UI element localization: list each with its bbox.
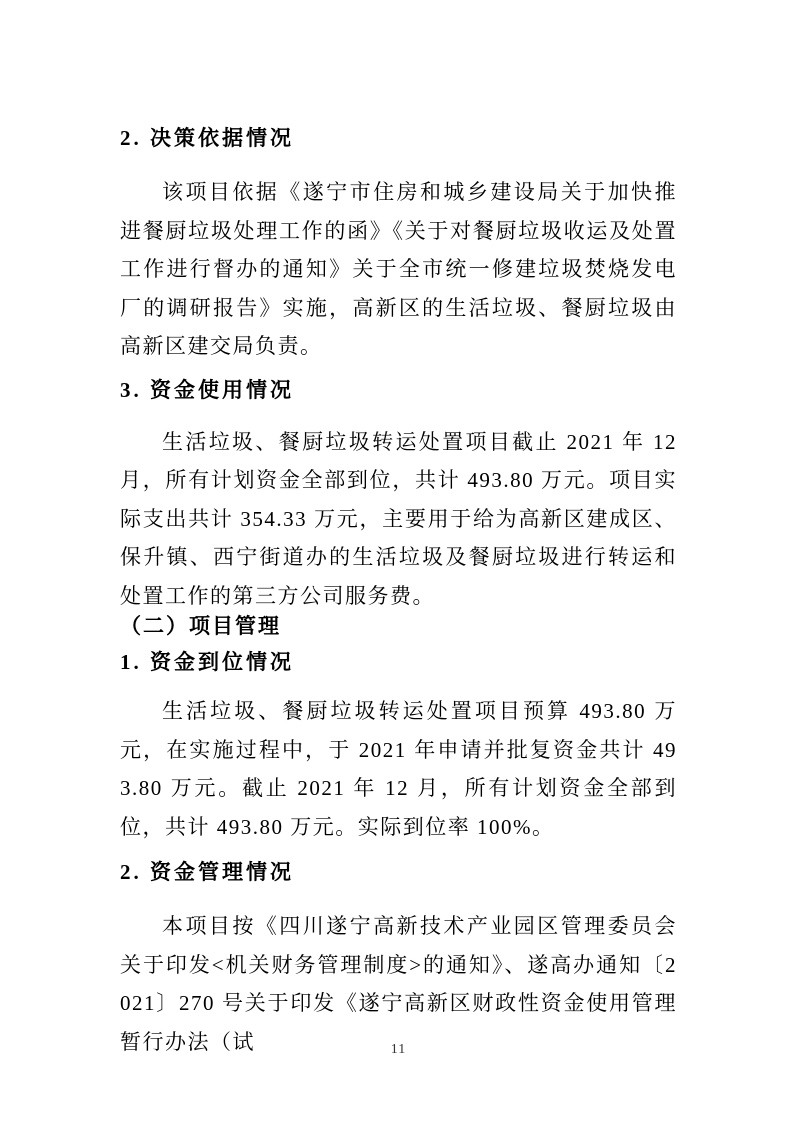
heading-funds-arrival: 1. 资金到位情况 bbox=[120, 647, 677, 677]
paragraph-funds-usage: 生活垃圾、餐厨垃圾转运处置项目截止 2021 年 12 月，所有计划资金全部到位… bbox=[120, 423, 677, 616]
heading-funds-management: 2. 资金管理情况 bbox=[120, 857, 677, 887]
page-content: 2. 决策依据情况 该项目依据《遂宁市住房和城乡建设局关于加快推进餐厨垃圾处理工… bbox=[120, 0, 677, 1061]
paragraph-funds-arrival: 生活垃圾、餐厨垃圾转运处置项目预算 493.80 万元，在实施过程中，于 202… bbox=[120, 692, 677, 846]
heading-project-management: （二）项目管理 bbox=[120, 613, 677, 639]
paragraph-funds-management: 本项目按《四川遂宁高新技术产业园区管理委员会关于印发<机关财务管理制度>的通知》… bbox=[120, 907, 677, 1061]
document-page: 2. 决策依据情况 该项目依据《遂宁市住房和城乡建设局关于加快推进餐厨垃圾处理工… bbox=[0, 0, 793, 1122]
heading-funds-usage: 3. 资金使用情况 bbox=[120, 375, 677, 405]
paragraph-decision-basis: 该项目依据《遂宁市住房和城乡建设局关于加快推进餐厨垃圾处理工作的函》《关于对餐厨… bbox=[120, 173, 677, 366]
heading-decision-basis: 2. 决策依据情况 bbox=[120, 123, 677, 153]
page-number: 11 bbox=[120, 1042, 677, 1058]
